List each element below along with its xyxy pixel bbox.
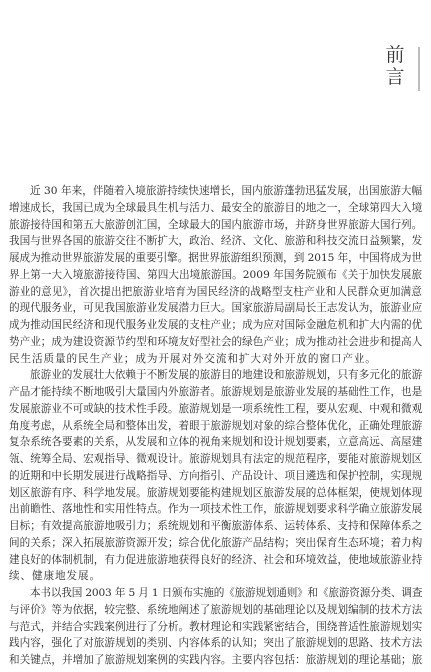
text-line: 界上第一大入境旅游接待国、第四大出境旅游国。2009 年国务院颁布《关于加快发展… (9, 267, 422, 284)
text-line: 瓴、统筹全局、宏观指导、微观设计。旅游规划具有法定的规范程序，要能对旅游规划区 (9, 451, 422, 468)
text-line: 民生活质量的民生产业；成为开展对外交流和扩大对外开放的窗口产业。 (9, 351, 422, 368)
page-title: 前 言 (384, 44, 406, 88)
text-line: 角度考虑，从系统全局和整体出发，着眼于旅游规划对象的综合整体优化，正确处理旅游 (9, 418, 422, 435)
text-line: 的现代服务业，可见我国旅游业发展潜力巨大。国家旅游局副局长王志发认为，旅游业应 (9, 300, 422, 317)
text-line: 增速成长，我国已成为全球最具生机与活力、最安全的旅游目的地之一，全球第四大入境 (9, 200, 422, 217)
text-line: 续、健康地发展。 (9, 568, 422, 585)
text-line: 成为推动国民经济和现代服务业发展的支柱产业；成为应对国际金融危机和扩大内需的优 (9, 317, 422, 334)
title-divider-bar (418, 47, 420, 91)
paragraph-2: 旅游业的发展壮大依赖于不断发展的旅游目的地建设和旅游规划，只有多元化的旅游 产品… (9, 367, 422, 585)
text-line: 间的关系；深入拓展旅游资源开发；综合优化旅游产品结构；突出保育生态环境；着力构 (9, 535, 422, 552)
text-line: 与评价》等为依据，较完整、系统地阐述了旅游规划的基础理论以及规划编制的技术方法 (9, 602, 422, 619)
text-line: 本书以我国 2003 年 5 月 1 日颁布实施的《旅游规划通则》和《旅游资源分… (9, 585, 422, 602)
paragraph-1: 近 30 年来，伴随着入境旅游持续快速增长，国内旅游蓬勃迅猛发展，出国旅游大幅 … (9, 183, 422, 367)
text-line: 势产业；成为建设资源节约型和环境友好型社会的绿色产业；成为推动社会进步和提高人 (9, 334, 422, 351)
text-line: 划区旅游有序、科学地发展。旅游规划要能构建规划区旅游发展的总体框架，使规划体现 (9, 485, 422, 502)
text-line: 复杂系统各要素的关系，从发展和立体的视角来规划和设计规划要素，立意高远、高屋建 (9, 434, 422, 451)
paragraph-3: 本书以我国 2003 年 5 月 1 日颁布实施的《旅游规划通则》和《旅游资源分… (9, 585, 422, 669)
text-line: 与范式，并结合实践案例进行了分析。教材理论和实践紧密结合，围绕普适性旅游规划实 (9, 619, 422, 636)
text-line: 我国与世界各国的旅游交往不断扩大，政治、经济、文化、旅游和科技交流日益频繁，发 (9, 233, 422, 250)
text-line: 旅游业的发展壮大依赖于不断发展的旅游目的地建设和旅游规划，只有多元化的旅游 (9, 367, 422, 384)
text-line: 游业的意见》，首次提出把旅游业培育为国民经济的战略型支柱产业和人民群众更加满意 (9, 284, 422, 301)
text-line: 产品才能持续不断地吸引大量国内外旅游者。旅游规划是旅游业发展的基础性工作，也是 (9, 384, 422, 401)
text-line: 旅游接待国和第五大旅游创汇国，全球最大的国内旅游市场，并跻身世界旅游大国行列。 (9, 217, 422, 234)
text-line: 发展旅游业不可或缺的技术性手段。旅游规划是一项系统性工程，要从宏观、中观和微观 (9, 401, 422, 418)
title-char: 言 (384, 66, 406, 88)
text-line: 践内容，强化了对旅游规划的类别、内容体系的认知；突出了旅游规划的思路、技术方法 (9, 635, 422, 652)
text-line: 和关键点，并增加了旅游规划案例的实践内容。主要内容包括：旅游规划的理论基础；旅 (9, 652, 422, 669)
text-line: 近 30 年来，伴随着入境旅游持续快速增长，国内旅游蓬勃迅猛发展，出国旅游大幅 (9, 183, 422, 200)
text-line: 建良好的体制机制，有力促进旅游地获得良好的经济、社会和环境效益，使地域旅游业持 (9, 552, 422, 569)
text-line: 展成为推动世界旅游发展的重要引擎。据世界旅游组织预测，到 2015 年，中国将成… (9, 250, 422, 267)
text-line: 的近期和中长期发展进行战略指导、方向指引、产品设计、项目遴选和保护控制，实现规 (9, 468, 422, 485)
title-char: 前 (384, 44, 406, 66)
text-line: 目标；有效提高旅游地吸引力；系统规划和平衡旅游体系、运转体系、支持和保障体系之 (9, 518, 422, 535)
text-line: 出前瞻性、落地性和实用性特点。作为一项技术性工作，旅游规划要求科学确立旅游发展 (9, 501, 422, 518)
preface-body: 近 30 年来，伴随着入境旅游持续快速增长，国内旅游蓬勃迅猛发展，出国旅游大幅 … (9, 183, 422, 669)
